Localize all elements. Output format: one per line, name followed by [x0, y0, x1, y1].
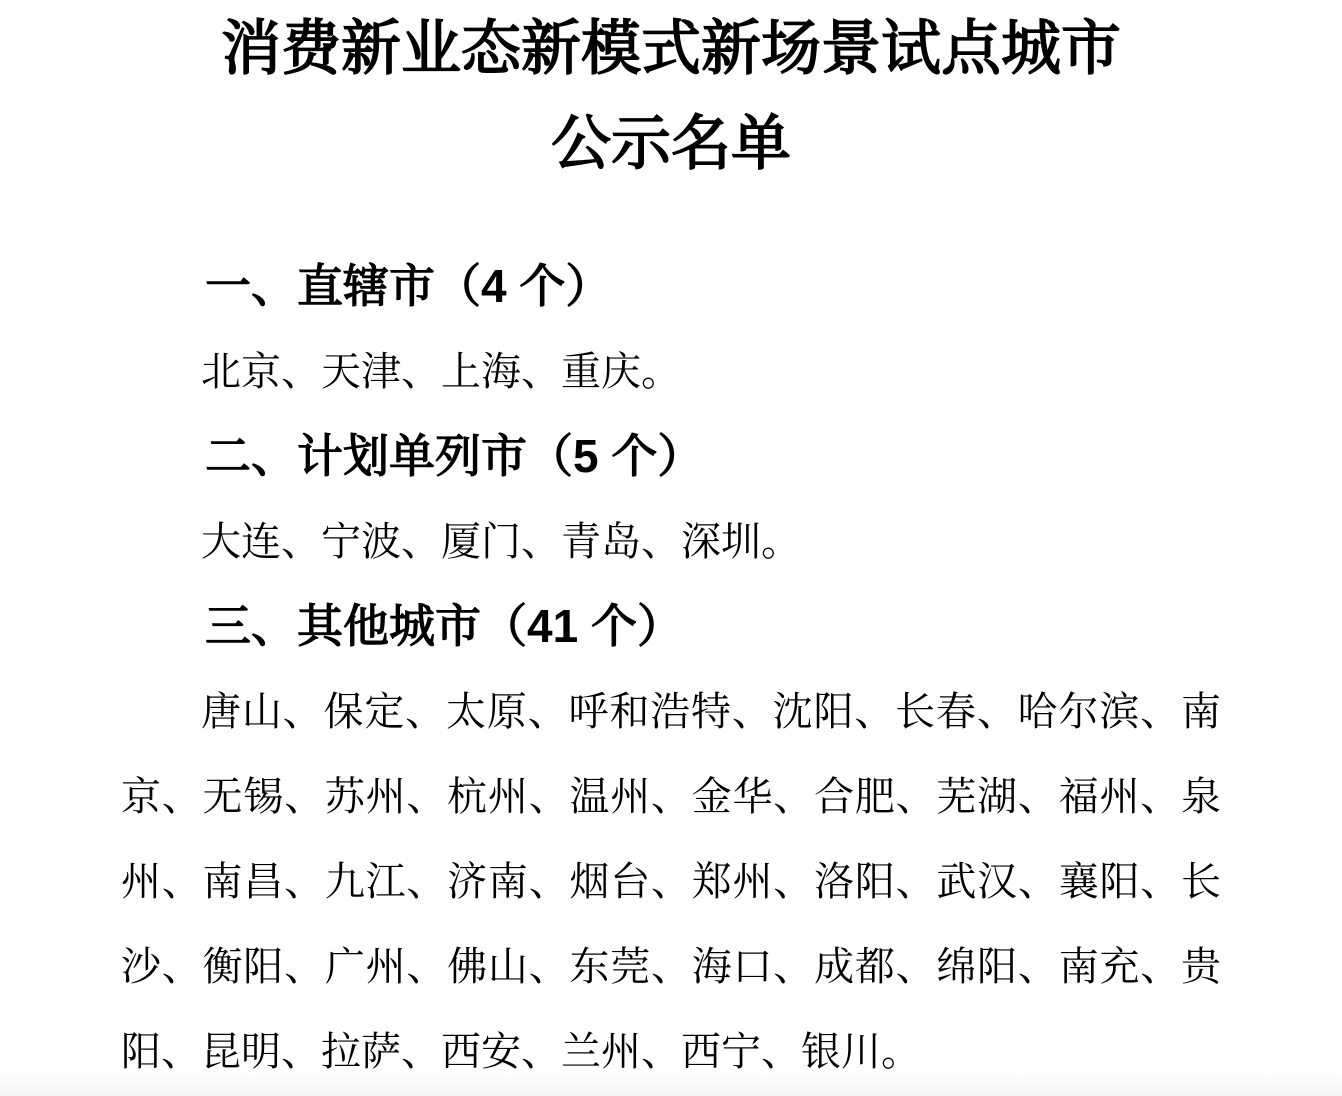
section-municipalities-body: 北京、天津、上海、重庆。 [121, 329, 1221, 414]
section-other-cities-heading: 三、其他城市（41 个） [121, 584, 1221, 669]
section-municipalities-heading: 一、直辖市（4 个） [121, 244, 1221, 329]
document-title-line-1: 消费新业态新模式新场景试点城市 [0, 2, 1342, 97]
document-body: 一、直辖市（4 个） 北京、天津、上海、重庆。 二、计划单列市（5 个） 大连、… [121, 244, 1221, 1094]
document-page: 消费新业态新模式新场景试点城市 公示名单 一、直辖市（4 个） 北京、天津、上海… [0, 0, 1342, 1096]
section-planned-cities-body: 大连、宁波、厦门、青岛、深圳。 [121, 499, 1221, 584]
section-other-cities-body: 唐山、保定、太原、呼和浩特、沈阳、长春、哈尔滨、南京、无锡、苏州、杭州、温州、金… [121, 669, 1221, 1094]
section-planned-cities-heading: 二、计划单列市（5 个） [121, 414, 1221, 499]
document-title-line-2: 公示名单 [0, 97, 1342, 192]
document-title: 消费新业态新模式新场景试点城市 公示名单 [0, 0, 1342, 192]
